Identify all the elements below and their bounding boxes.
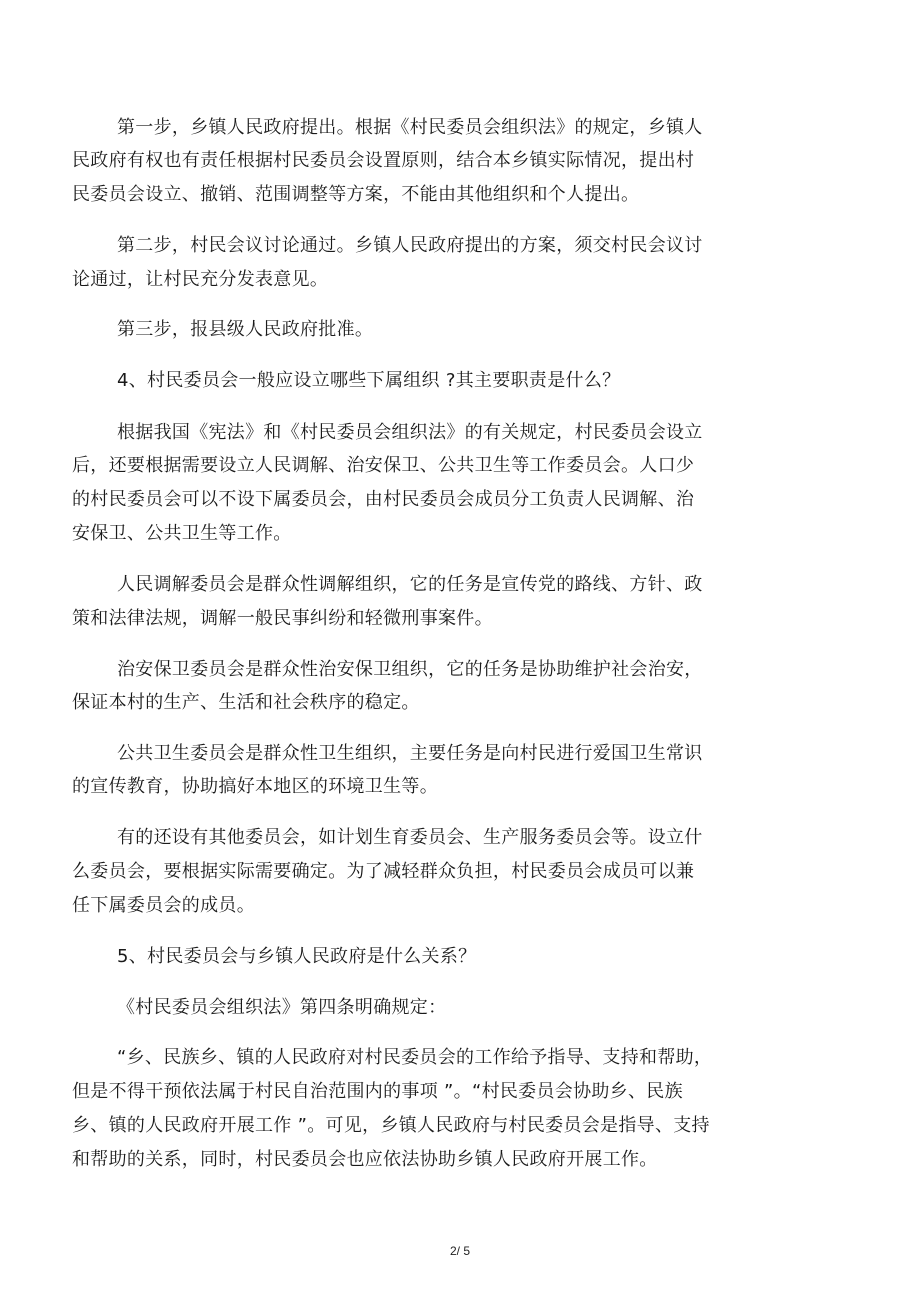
paragraph-line: 公共卫生委员会是群众性卫生组织，主要任务是向村民进行爱国卫生常识 — [117, 743, 703, 765]
quote-line: 但是不得干预依法属于村民自治范围内的事项 ”。“村民委员会协助乡、民族 — [72, 1081, 683, 1103]
paragraph-line: 论通过，让村民充分发表意见。 — [72, 269, 328, 291]
section-heading: 5、村民委员会与乡镇人民政府是什么关系？ — [117, 946, 476, 968]
paragraph-line: 第一步，乡镇人民政府提出。根据《村民委员会组织法》的规定，乡镇人 — [117, 117, 730, 139]
paragraph-line: 保证本村的生产、生活和社会秩序的稳定。 — [72, 692, 420, 714]
paragraph-line: 策和法律法规，调解一般民事纠纷和轻微刑事案件。 — [72, 608, 493, 630]
paragraph-line: 的宣传教育，协助搞好本地区的环境卫生等。 — [72, 776, 438, 798]
paragraph-line: 人民调解委员会是群众性调解组织，它的任务是宣传党的路线、方针、政 — [117, 574, 703, 596]
paragraph-line: 根据我国《宪法》和《村民委员会组织法》的有关规定，村民委员会设立 — [117, 422, 703, 444]
paragraph-line: 么委员会，要根据实际需要确定。为了减轻群众负担，村民委员会成员可以兼 — [72, 861, 694, 883]
paragraph-line: 任下属委员会的成员。 — [72, 895, 255, 917]
document-page: 第一步，乡镇人民政府提出。根据《村民委员会组织法》的规定，乡镇人 民政府有权也有… — [0, 0, 920, 1303]
quote-line: “乡、民族乡、镇的人民政府对村民委员会的工作给予指导、支持和帮助， — [117, 1047, 712, 1069]
paragraph-line: 第二步，村民会议讨论通过。乡镇人民政府提出的方案，须交村民会议讨 — [117, 235, 703, 257]
paragraph-line: 有的还设有其他委员会，如计划生育委员会、生产服务委员会等。设立什 — [117, 827, 703, 849]
quote-line: 乡、镇的人民政府开展工作 ”。可见，乡镇人民政府与村民委员会是指导、支持 — [72, 1115, 710, 1137]
paragraph-line: 的村民委员会可以不设下属委员会，由村民委员会成员分工负责人民调解、治 — [72, 489, 694, 511]
paragraph-line: 民委员会设立、撤销、范围调整等方案，不能由其他组织和个人提出。 — [72, 184, 639, 206]
paragraph-line: 治安保卫委员会是群众性治安保卫组织，它的任务是协助维护社会治安， — [117, 659, 703, 681]
paragraph-line: 民政府有权也有责任根据村民委员会设置原则，结合本乡镇实际情况，提出村 — [72, 150, 730, 172]
paragraph-line: 第三步，报县级人民政府批准。 — [117, 319, 373, 341]
paragraph-line: 后，还要根据需要设立人民调解、治安保卫、公共卫生等工作委员会。人口少 — [72, 455, 694, 477]
section-heading: 4、村民委员会一般应设立哪些下属组织 ?其主要职责是什么？ — [117, 370, 620, 392]
paragraph-line: 安保卫、公共卫生等工作。 — [72, 523, 292, 545]
page-number: 2/ 5 — [0, 1244, 920, 1258]
quote-line: 和帮助的关系，同时，村民委员会也应依法协助乡镇人民政府开展工作。 — [72, 1149, 658, 1171]
paragraph-line: 《村民委员会组织法》第四条明确规定： — [117, 997, 446, 1019]
